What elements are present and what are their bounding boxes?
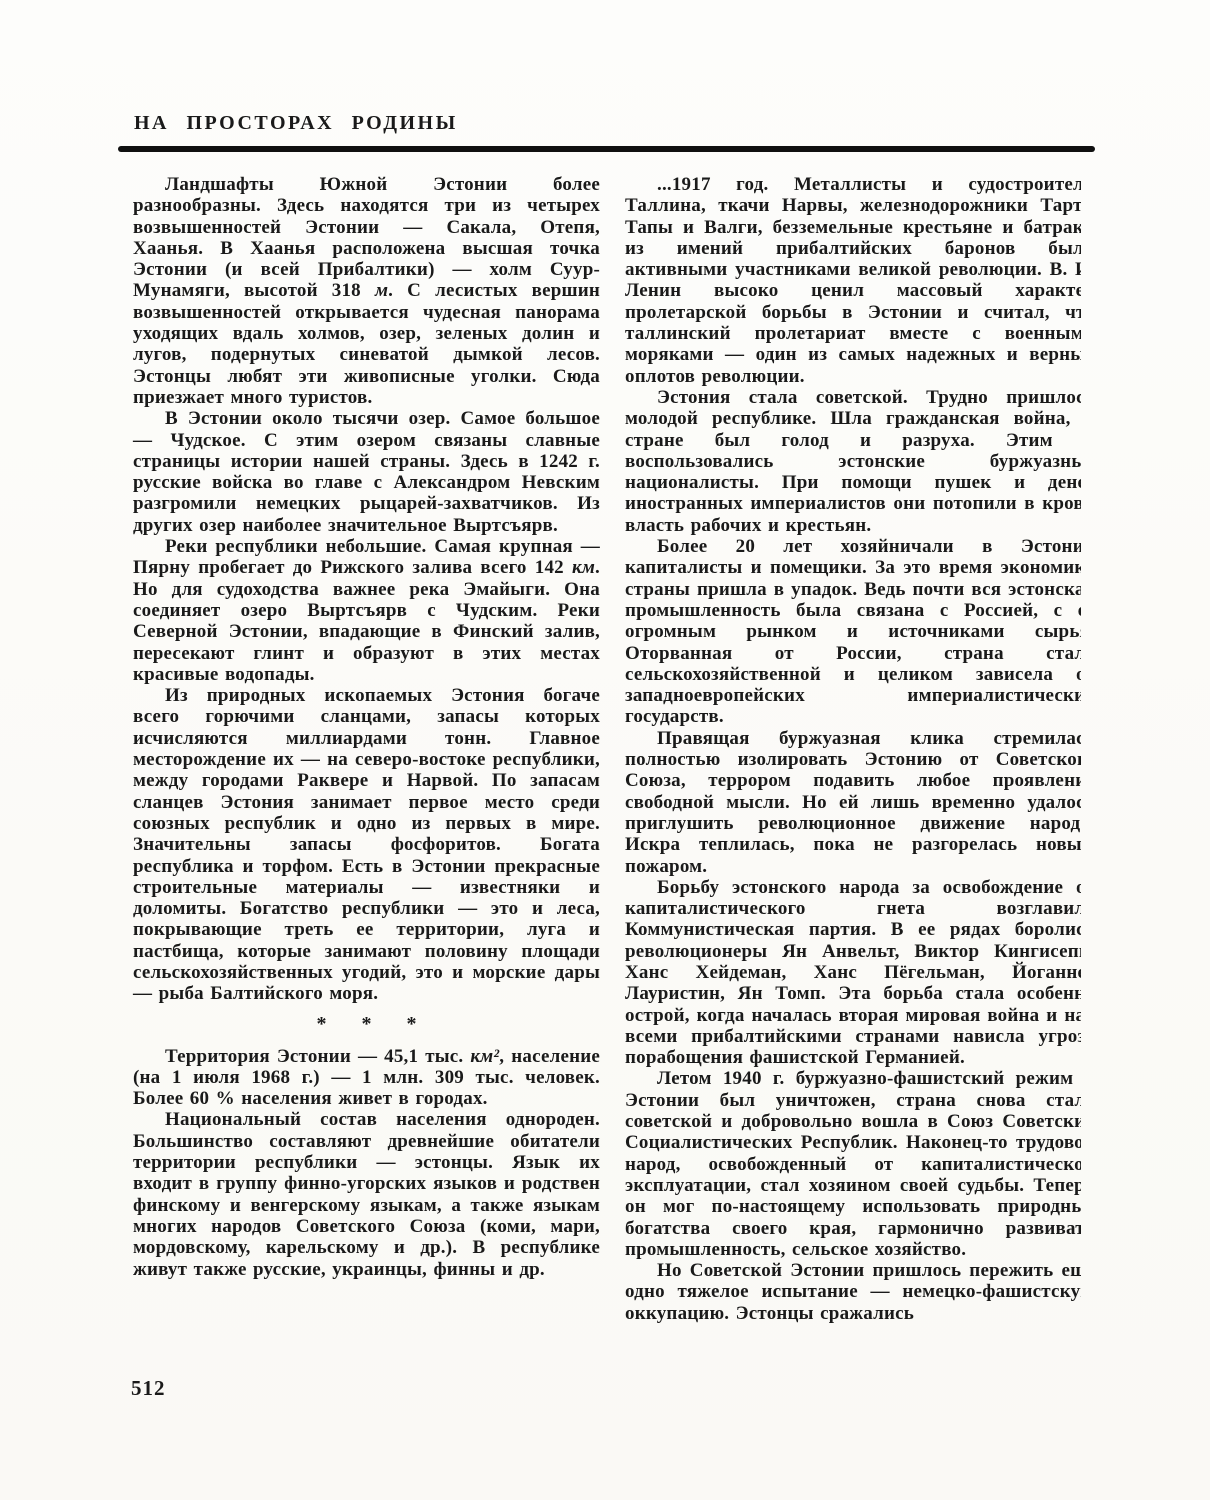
paragraph: Из природных ископаемых Эстония богаче в…	[133, 685, 600, 1004]
right-column: ...1917 год. Металлисты и судостроители …	[625, 174, 1081, 1324]
paragraph: В Эстонии около тысячи озер. Самое больш…	[133, 408, 600, 536]
italic-text-segment: км	[572, 557, 595, 578]
paragraph: ...1917 год. Металлисты и судостроители …	[625, 174, 1081, 387]
text-segment: Эстония стала советской. Трудно пришлось…	[625, 387, 1081, 536]
italic-text-segment: км²	[470, 1046, 499, 1067]
italic-text-segment: м	[375, 280, 388, 301]
paragraph: Борьбу эстонского народа за освобождение…	[625, 877, 1081, 1069]
paragraph: Летом 1940 г. буржуазно-фашистский режим…	[625, 1068, 1081, 1260]
paragraph: Правящая буржуазная клика стремилась пол…	[625, 728, 1081, 877]
text-segment: Территория Эстонии — 45,1 тыс.	[165, 1046, 470, 1067]
paragraph: Национальный состав населения однороден.…	[133, 1109, 600, 1279]
header-rule	[118, 146, 1095, 152]
text-segment: Летом 1940 г. буржуазно-фашистский режим…	[625, 1068, 1081, 1259]
paragraph: Территория Эстонии — 45,1 тыс. км², насе…	[133, 1046, 600, 1110]
paragraph: Ландшафты Южной Эстонии более разнообраз…	[133, 174, 600, 408]
text-segment: В Эстонии около тысячи озер. Самое больш…	[133, 408, 600, 535]
text-segment: ...1917 год. Металлисты и судостроители …	[625, 174, 1081, 387]
page-number: 512	[131, 1376, 166, 1401]
text-segment: Реки республики небольшие. Самая крупная…	[133, 536, 600, 578]
paragraph: Эстония стала советской. Трудно пришлось…	[625, 387, 1081, 536]
left-column: Ландшафты Южной Эстонии более разнообраз…	[133, 174, 600, 1280]
text-segment: Национальный состав населения однороден.…	[133, 1109, 600, 1279]
running-head: НА ПРОСТОРАХ РОДИНЫ	[134, 112, 458, 135]
text-segment: Но Советской Эстонии пришлось пережить е…	[625, 1260, 1081, 1324]
text-segment: Более 20 лет хозяйничали в Эстонии капит…	[625, 536, 1081, 727]
paragraph: Реки республики небольшие. Самая крупная…	[133, 536, 600, 685]
text-segment: Из природных ископаемых Эстония богаче в…	[133, 685, 600, 1004]
section-separator: * * *	[133, 1014, 600, 1035]
right-column-text: ...1917 год. Металлисты и судостроители …	[625, 174, 1081, 1324]
paragraph: Более 20 лет хозяйничали в Эстонии капит…	[625, 536, 1081, 728]
text-segment: Борьбу эстонского народа за освобождение…	[625, 877, 1081, 1068]
text-segment: Правящая буржуазная клика стремилась пол…	[625, 728, 1081, 877]
scanned-book-page: НА ПРОСТОРАХ РОДИНЫ Ландшафты Южной Эсто…	[0, 0, 1210, 1500]
paragraph: Но Советской Эстонии пришлось пережить е…	[625, 1260, 1081, 1324]
